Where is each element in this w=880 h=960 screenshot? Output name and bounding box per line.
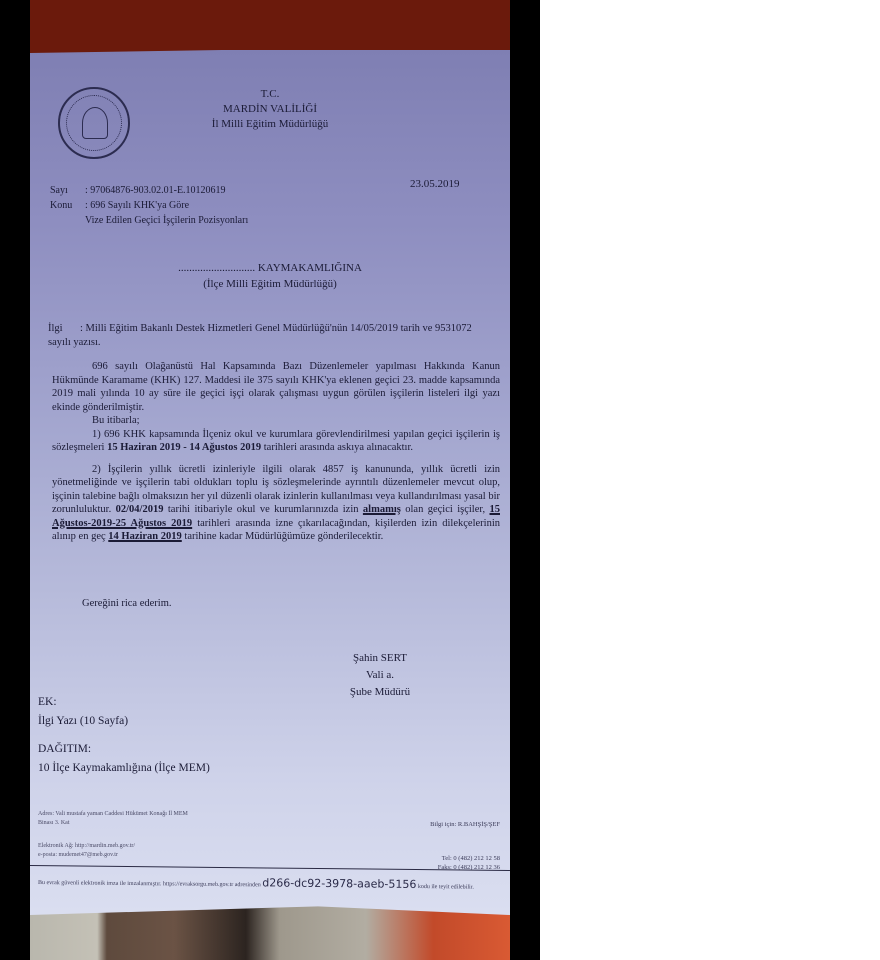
verification-line: Bu evrak güvenli elektronik imza ile imz…: [38, 874, 508, 892]
letter-date: 23.05.2019: [410, 178, 460, 190]
footer-web: Elektronik Ağ: http://mardin.meb.gov.tr/: [38, 842, 188, 851]
reference-date: 02/04/2019: [116, 504, 164, 515]
footer-email: e-posta: mudemet47@meb.gov.tr: [38, 851, 188, 860]
konu-value: : 696 Sayılı KHK'ya Göre: [85, 200, 189, 211]
letterhead-directorate: İl Milli Eğitim Müdürlüğü: [30, 117, 510, 132]
distribution-label: DAĞITIM:: [38, 740, 210, 759]
sayi-value: : 97064876-903.02.01-E.10120619: [85, 185, 226, 196]
attachments-label: EK:: [38, 693, 128, 712]
body-item-2: 2) İşçilerin yıllık ücretli izinleriyle …: [52, 463, 500, 544]
photo-frame: T.C. MARDİN VALİLİĞİ İl Milli Eğitim Müd…: [0, 0, 540, 960]
reference: İlgi: Milli Eğitim Bakanlı Destek Hizmet…: [48, 322, 493, 350]
letterhead: T.C. MARDİN VALİLİĞİ İl Milli Eğitim Müd…: [30, 87, 510, 132]
addressee: ............................ KAYMAKAMLIĞ…: [30, 260, 510, 292]
footer-address-1: Adres: Vali mustafa yaman Caddesi Hüküme…: [38, 810, 188, 819]
suspension-period: 15 Haziran 2019 - 14 Ağustos 2019: [107, 442, 261, 453]
signatory-title-1: Vali a.: [320, 667, 440, 684]
distribution: DAĞITIM: 10 İlçe Kaymakamlığına (İlçe ME…: [38, 740, 210, 778]
attachments: EK: İlgi Yazı (10 Sayfa): [38, 693, 128, 731]
konu-value-cont: Vize Edilen Geçici İşçilerin Pozisyonlar…: [85, 215, 248, 226]
official-letter: T.C. MARDİN VALİLİĞİ İl Milli Eğitim Müd…: [30, 50, 510, 915]
addressee-line2: (İlçe Milli Eğitim Müdürlüğü): [30, 276, 510, 292]
ilgi-text: : Milli Eğitim Bakanlı Destek Hizmetleri…: [48, 323, 472, 348]
footer-phone: Bilgi için: R.BAHŞİŞ/ŞEF Tel: 0 (482) 21…: [370, 820, 500, 872]
footer-info: Bilgi için: R.BAHŞİŞ/ŞEF: [370, 820, 500, 829]
photo-floor: [30, 905, 510, 960]
closing-line: Gereğini rica ederim.: [82, 598, 172, 609]
not-taken-emphasis: almamış: [363, 504, 401, 515]
letter-meta: Sayı: 97064876-903.02.01-E.10120619 Konu…: [50, 183, 248, 228]
verification-code: d266-dc92-3978-aaeb-5156: [262, 876, 416, 891]
body-item-1: 1) 696 KHK kapsamında İlçeniz okul ve ku…: [52, 428, 500, 455]
letterhead-governorship: MARDİN VALİLİĞİ: [30, 102, 510, 117]
ilgi-label: İlgi: [48, 322, 80, 336]
signatory-title-2: Şube Müdürü: [320, 684, 440, 701]
addressee-line1: ............................ KAYMAKAMLIĞ…: [30, 260, 510, 276]
distribution-item: 10 İlçe Kaymakamlığına (İlçe MEM): [38, 759, 210, 778]
footer-address-2: Binası 3. Kat: [38, 819, 188, 828]
attachments-item: İlgi Yazı (10 Sayfa): [38, 712, 128, 731]
signatory-name: Şahin SERT: [320, 650, 440, 667]
footer-contact: Adres: Vali mustafa yaman Caddesi Hüküme…: [38, 810, 188, 860]
sayi-label: Sayı: [50, 183, 85, 198]
letter-body: 696 sayılı Olağanüstü Hal Kapsamında Baz…: [52, 360, 500, 544]
letterhead-tc: T.C.: [30, 87, 510, 102]
footer-tel: Tel: 0 (482) 212 12 58: [370, 854, 500, 863]
submission-deadline: 14 Haziran 2019: [108, 531, 182, 542]
konu-label: Konu: [50, 198, 85, 213]
body-paragraph-1: 696 sayılı Olağanüstü Hal Kapsamında Baz…: [52, 360, 500, 414]
body-paragraph-2: Bu itibarla;: [52, 414, 500, 428]
signature-block: Şahin SERT Vali a. Şube Müdürü: [320, 650, 440, 701]
